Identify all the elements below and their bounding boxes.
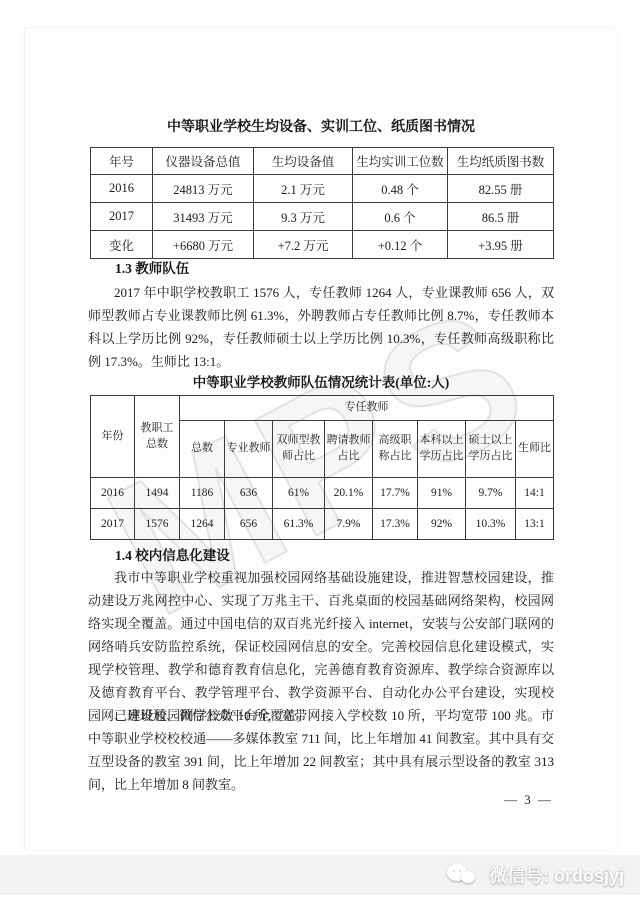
table-row: 2016 24813 万元 2.1 万元 0.48 个 82.55 册 <box>91 175 554 203</box>
table1-cell: +7.2 万元 <box>254 231 353 259</box>
table1-cell: 2017 <box>91 203 153 231</box>
table2-cell: 17.3% <box>373 509 418 540</box>
table1-cell: +0.12 个 <box>353 231 448 259</box>
table2-cell: 14:1 <box>516 478 554 509</box>
table1-header-cell: 生均实训工位数 <box>353 148 448 175</box>
table2-cell: 20.1% <box>325 478 373 509</box>
table1-title: 中等职业学校生均设备、实训工位、纸质图书情况 <box>88 116 554 136</box>
table1-cell: 0.6 个 <box>353 203 448 231</box>
table1-header-row: 年号 仪器设备总值 生均设备值 生均实训工位数 生均纸质图书数 <box>91 148 554 175</box>
table1-cell: 2016 <box>91 175 153 203</box>
table2-cell: 1264 <box>180 509 225 540</box>
section-1-3-heading: 1.3 教师队伍 <box>115 257 189 277</box>
table2-header-cell: 硕士以上学历占比 <box>466 421 516 478</box>
equipment-books-table: 年号 仪器设备总值 生均设备值 生均实训工位数 生均纸质图书数 2016 248… <box>90 147 554 259</box>
table2-cell: 61.3% <box>273 509 325 540</box>
table2-group-header-cell: 专任教师 <box>180 396 554 421</box>
table2-cell: 1576 <box>135 509 180 540</box>
wechat-footer-bar: 微信号: ordosjyj <box>0 855 640 895</box>
table1-header-cell: 年号 <box>91 148 153 175</box>
table2-cell: 61% <box>273 478 325 509</box>
table1-cell: +6680 万元 <box>153 231 254 259</box>
teacher-staff-table: 年份 教职工总数 专任教师 总数 专业教师 双师型教师占比 聘请教师占比 高级职… <box>90 395 554 540</box>
table1-cell: 9.3 万元 <box>254 203 353 231</box>
section-1-4-paragraph-1: 我市中等职业学校重视加强校园网络基础设施建设，推进智慧校园建设，推动建设万兆网控… <box>88 566 554 727</box>
table2-cell: 2016 <box>91 478 135 509</box>
table2-header-cell: 高级职称占比 <box>373 421 418 478</box>
table2-cell: 7.9% <box>325 509 373 540</box>
table2-cell: 10.3% <box>466 509 516 540</box>
table1-header-cell: 生均设备值 <box>254 148 353 175</box>
page-number: — 3 — <box>0 792 553 808</box>
table2-cell: 2017 <box>91 509 135 540</box>
table2-header-cell: 双师型教师占比 <box>273 421 325 478</box>
table1-cell: 82.55 册 <box>448 175 554 203</box>
table1-cell: +3.95 册 <box>448 231 554 259</box>
table2-header-cell: 专业教师 <box>225 421 273 478</box>
table1-cell: 86.5 册 <box>448 203 554 231</box>
table2-header-cell: 教职工总数 <box>135 396 180 478</box>
table2-header-cell: 总数 <box>180 421 225 478</box>
table2-cell: 92% <box>418 509 466 540</box>
table2-cell: 13:1 <box>516 509 554 540</box>
table1-cell: 31493 万元 <box>153 203 254 231</box>
table1-cell: 变化 <box>91 231 153 259</box>
table2-cell: 91% <box>418 478 466 509</box>
table2-header-cell: 本科以上学历占比 <box>418 421 466 478</box>
table-row: 变化 +6680 万元 +7.2 万元 +0.12 个 +3.95 册 <box>91 231 554 259</box>
table1-cell: 2.1 万元 <box>254 175 353 203</box>
table2-cell: 17.7% <box>373 478 418 509</box>
wechat-account-label: 微信号: ordosjyj <box>489 862 624 888</box>
table1-cell: 24813 万元 <box>153 175 254 203</box>
table2-group-header-row: 年份 教职工总数 专任教师 <box>91 396 554 421</box>
table2-cell: 9.7% <box>466 478 516 509</box>
table2-cell: 1494 <box>135 478 180 509</box>
table2-cell: 656 <box>225 509 273 540</box>
table2-title: 中等职业学校教师队伍情况统计表(单位:人) <box>88 371 554 391</box>
table2-header-cell: 生师比 <box>516 421 554 478</box>
table-row: 2017 1576 1264 656 61.3% 7.9% 17.3% 92% … <box>91 509 554 540</box>
table1-header-cell: 生均纸质图书数 <box>448 148 554 175</box>
section-1-4-heading: 1.4 校内信息化建设 <box>115 544 230 564</box>
section-1-4-paragraph-2: 已建设校园网学校数 10 所，宽带网接入学校数 10 所，平均宽带 100 兆。… <box>88 704 554 796</box>
table1-cell: 0.48 个 <box>353 175 448 203</box>
table2-cell: 1186 <box>180 478 225 509</box>
table2-cell: 636 <box>225 478 273 509</box>
table2-header-cell: 聘请教师占比 <box>325 421 373 478</box>
table1-header-cell: 仪器设备总值 <box>153 148 254 175</box>
table-row: 2017 31493 万元 9.3 万元 0.6 个 86.5 册 <box>91 203 554 231</box>
table2-header-cell: 年份 <box>91 396 135 478</box>
scanned-document-page: { "watermark": { "text": "MPS" }, "table… <box>0 0 640 906</box>
wechat-icon <box>447 862 481 888</box>
table-row: 2016 1494 1186 636 61% 20.1% 17.7% 91% 9… <box>91 478 554 509</box>
section-1-3-paragraph: 2017 年中职学校教职工 1576 人，专任教师 1264 人，专业课教师 6… <box>88 281 554 373</box>
